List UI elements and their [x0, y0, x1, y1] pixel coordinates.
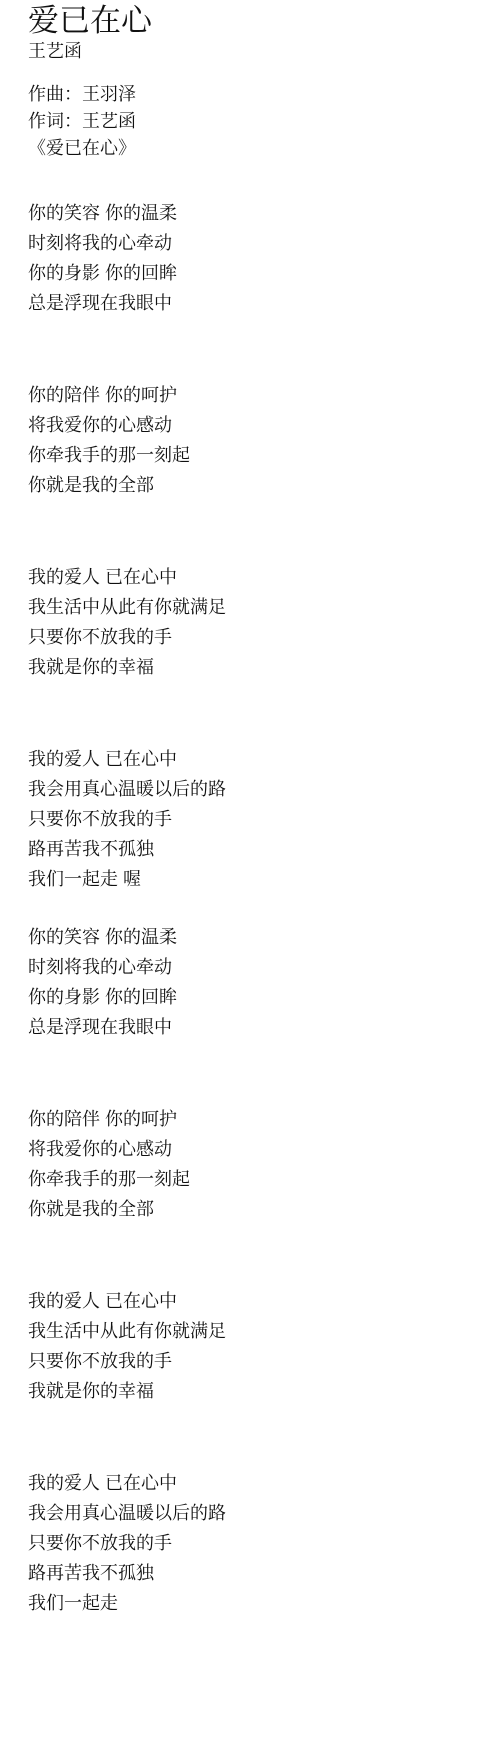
lyric-line: 我的爱人 已在心中	[28, 1286, 480, 1316]
lyric-line: 我们一起走	[28, 1588, 480, 1618]
artist-name: 王艺函	[28, 39, 480, 63]
lyric-line: 你就是我的全部	[28, 1194, 480, 1224]
lyric-line: 时刻将我的心牵动	[28, 952, 480, 982]
lyric-line: 我生活中从此有你就满足	[28, 1316, 480, 1346]
lyric-line: 总是浮现在我眼中	[28, 1012, 480, 1042]
credit-line: 《爱已在心》	[28, 135, 480, 162]
lyric-line: 我生活中从此有你就满足	[28, 592, 480, 622]
lyric-line: 我的爱人 已在心中	[28, 562, 480, 592]
stanza: 我的爱人 已在心中我生活中从此有你就满足只要你不放我的手我就是你的幸福	[28, 562, 480, 682]
lyric-line: 总是浮现在我眼中	[28, 288, 480, 318]
credit-line: 作曲：王羽泽	[28, 81, 480, 108]
stanza: 你的笑容 你的温柔时刻将我的心牵动你的身影 你的回眸总是浮现在我眼中	[28, 198, 480, 318]
lyric-line: 我就是你的幸福	[28, 1376, 480, 1406]
lyric-line: 路再苦我不孤独	[28, 834, 480, 864]
lyric-line: 路再苦我不孤独	[28, 1558, 480, 1588]
lyric-line: 你的陪伴 你的呵护	[28, 380, 480, 410]
stanza: 你的陪伴 你的呵护将我爱你的心感动你牵我手的那一刻起你就是我的全部	[28, 1104, 480, 1224]
lyric-line: 我会用真心温暖以后的路	[28, 774, 480, 804]
lyric-line: 你的笑容 你的温柔	[28, 922, 480, 952]
lyric-line: 我就是你的幸福	[28, 652, 480, 682]
lyric-line: 你的陪伴 你的呵护	[28, 1104, 480, 1134]
lyric-line: 我会用真心温暖以后的路	[28, 1498, 480, 1528]
stanza: 我的爱人 已在心中我会用真心温暖以后的路只要你不放我的手路再苦我不孤独我们一起走	[28, 1468, 480, 1618]
lyric-line: 时刻将我的心牵动	[28, 228, 480, 258]
credit-line: 作词：王艺函	[28, 108, 480, 135]
lyric-line: 只要你不放我的手	[28, 1346, 480, 1376]
lyric-line: 你牵我手的那一刻起	[28, 1164, 480, 1194]
lyric-line: 你的笑容 你的温柔	[28, 198, 480, 228]
stanza: 我的爱人 已在心中我生活中从此有你就满足只要你不放我的手我就是你的幸福	[28, 1286, 480, 1406]
lyric-line: 将我爱你的心感动	[28, 410, 480, 440]
lyric-line: 我的爱人 已在心中	[28, 1468, 480, 1498]
lyric-line: 你就是我的全部	[28, 470, 480, 500]
stanza: 你的陪伴 你的呵护将我爱你的心感动你牵我手的那一刻起你就是我的全部	[28, 380, 480, 500]
lyric-line: 我们一起走 喔	[28, 864, 480, 894]
lyric-line: 你的身影 你的回眸	[28, 982, 480, 1012]
lyric-line: 你的身影 你的回眸	[28, 258, 480, 288]
song-title: 爱已在心	[28, 3, 480, 39]
lyrics-page: 爱已在心 王艺函 作曲：王羽泽作词：王艺函《爱已在心》 你的笑容 你的温柔时刻将…	[0, 0, 500, 1658]
lyric-line: 只要你不放我的手	[28, 622, 480, 652]
lyric-line: 你牵我手的那一刻起	[28, 440, 480, 470]
credits-block: 作曲：王羽泽作词：王艺函《爱已在心》	[28, 81, 480, 162]
lyric-line: 将我爱你的心感动	[28, 1134, 480, 1164]
lyric-line: 我的爱人 已在心中	[28, 744, 480, 774]
stanza: 我的爱人 已在心中我会用真心温暖以后的路只要你不放我的手路再苦我不孤独我们一起走…	[28, 744, 480, 894]
stanza: 你的笑容 你的温柔时刻将我的心牵动你的身影 你的回眸总是浮现在我眼中	[28, 922, 480, 1042]
lyric-line: 只要你不放我的手	[28, 804, 480, 834]
lyrics-block: 你的笑容 你的温柔时刻将我的心牵动你的身影 你的回眸总是浮现在我眼中你的陪伴 你…	[28, 198, 480, 1618]
lyric-line: 只要你不放我的手	[28, 1528, 480, 1558]
